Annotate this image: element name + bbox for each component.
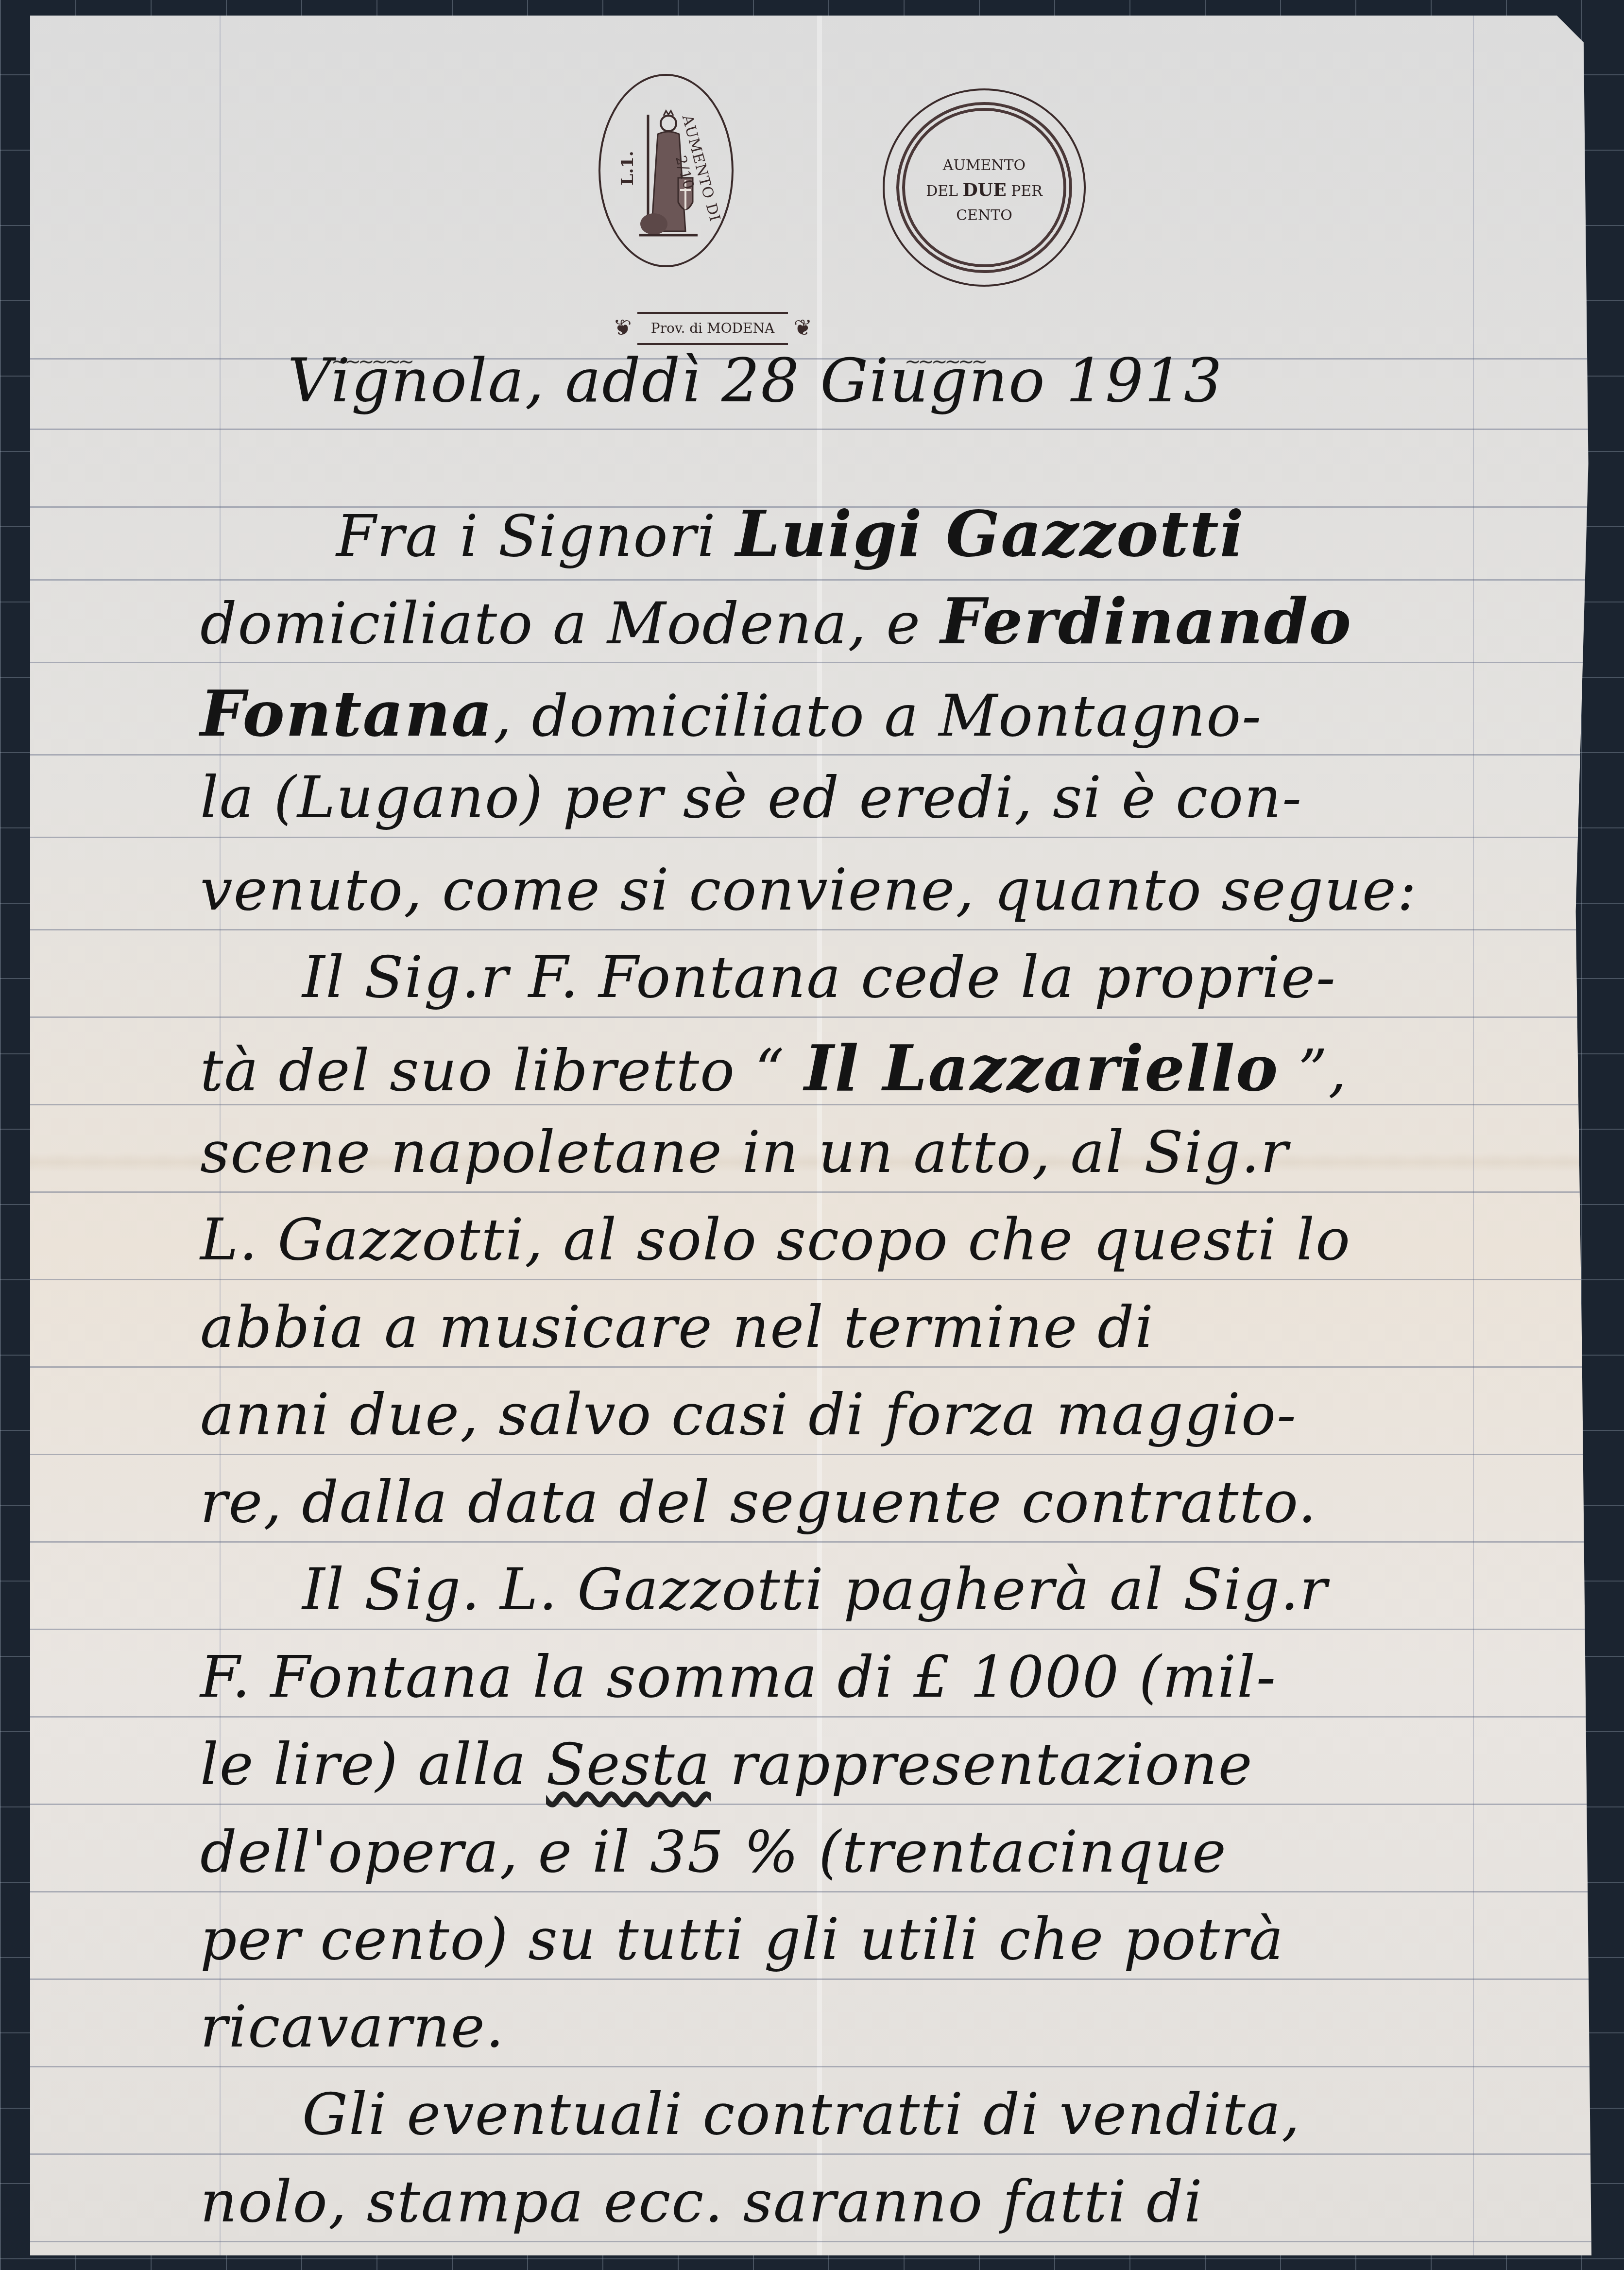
work-title: Il Lazzariello	[804, 1031, 1279, 1105]
province-label: Prov. di MODENA	[637, 312, 788, 345]
ruled-line	[30, 429, 1604, 430]
party-name-ferdinando: Ferdinando	[940, 584, 1352, 658]
text-line: venuto, come si conviene, quanto segue:	[200, 856, 1418, 923]
text-line: la (Lugano) per sè ed eredi, si è con-	[200, 764, 1302, 831]
text-span: le lire) alla	[200, 1731, 546, 1798]
ruled-line	[30, 1891, 1604, 1892]
text-line: le lire) alla Sesta rappresentazione	[200, 1731, 1253, 1798]
text-line: F. Fontana la somma di £ 1000 (mil-	[200, 1643, 1277, 1710]
text-line: scene napoletane in un atto, al Sig.r	[200, 1118, 1289, 1186]
ruled-line	[30, 2241, 1604, 2242]
stamp-denomination: L.1.	[618, 151, 637, 185]
dateline: Vignola, addì 28 Giugno 1913	[288, 346, 1223, 416]
ruled-line	[30, 1279, 1604, 1280]
ruled-line	[30, 1978, 1604, 1980]
ruled-line	[30, 754, 1604, 756]
party-name-gazzotti: Luigi Gazzotti	[735, 497, 1245, 571]
ruled-line	[30, 1366, 1604, 1368]
revenue-stamp-due-per-cento: AUMENTO DEL DUE PER CENTO	[883, 88, 1086, 287]
ruled-line	[30, 1191, 1604, 1193]
text-line: Il Sig. L. Gazzotti pagherà al Sig.r	[302, 1556, 1328, 1623]
ruled-line	[30, 1541, 1604, 1543]
text-line: Il Sig.r F. Fontana cede la proprie-	[302, 944, 1336, 1011]
ruled-line	[30, 2066, 1604, 2067]
ruled-line	[30, 1629, 1604, 1630]
text-line: per cento) su tutti gli utili che potrà	[200, 1906, 1284, 1973]
ruled-line	[30, 2153, 1604, 2155]
ruled-line	[30, 1716, 1604, 1718]
party-name-fontana: Fontana	[200, 676, 493, 751]
text-line: nolo, stampa ecc. saranno fatti di	[200, 2168, 1203, 2235]
ruled-line	[30, 929, 1604, 930]
ruled-line	[30, 1804, 1604, 1805]
ruled-line	[30, 1016, 1604, 1018]
text-line: Fra i Signori Luigi Gazzotti	[336, 497, 1245, 571]
right-margin-line	[1473, 16, 1474, 2255]
text-span: ”,	[1279, 1037, 1348, 1104]
text-line: ricavarne.	[200, 1993, 505, 2060]
revenue-stamp-italia-figure: L.1. AUMENTO DI 2/10	[598, 74, 734, 267]
text-span: Fra i Signori	[336, 502, 735, 569]
document-page: L.1. AUMENTO DI 2/10 AUMENTO DEL DUE PER…	[30, 16, 1604, 2255]
text-span: tà del suo libretto “	[200, 1037, 804, 1104]
text-span: , domiciliato a Montagno-	[493, 682, 1262, 749]
stamp-text: AUMENTO DEL DUE PER CENTO	[914, 154, 1055, 228]
ruled-line	[30, 579, 1604, 581]
text-span: domiciliato a Modena, e	[200, 590, 940, 657]
text-line: abbia a musicare nel termine di	[200, 1293, 1154, 1360]
underlined-sesta: Sesta	[546, 1731, 711, 1798]
text-line: domiciliato a Modena, e Ferdinando	[200, 584, 1352, 658]
text-line: re, dalla data del seguente contratto.	[200, 1468, 1317, 1535]
text-line: dell'opera, e il 35 % (trentacinque	[200, 1818, 1227, 1885]
ruled-line	[30, 837, 1604, 838]
text-line: Fontana, domiciliato a Montagno-	[200, 676, 1262, 751]
ruled-line	[30, 1454, 1604, 1455]
text-line: tà del suo libretto “ Il Lazzariello ”,	[200, 1031, 1348, 1105]
stamp-word: PER	[1011, 183, 1043, 200]
stamp-line-1: AUMENTO	[914, 154, 1055, 178]
stamp-line-3: CENTO	[914, 204, 1055, 228]
text-line: Gli eventuali contratti di vendita,	[302, 2081, 1301, 2148]
text-line: L. Gazzotti, al solo scopo che questi lo	[200, 1206, 1351, 1273]
stamp-line-2: DEL DUE PER	[914, 178, 1055, 204]
stamp-word: DEL	[926, 183, 958, 200]
stamp-word-bold: DUE	[963, 180, 1007, 200]
text-span: rappresentazione	[711, 1731, 1253, 1798]
text-line: anni due, salvo casi di forza maggio-	[200, 1381, 1297, 1448]
ruled-line	[30, 662, 1604, 663]
